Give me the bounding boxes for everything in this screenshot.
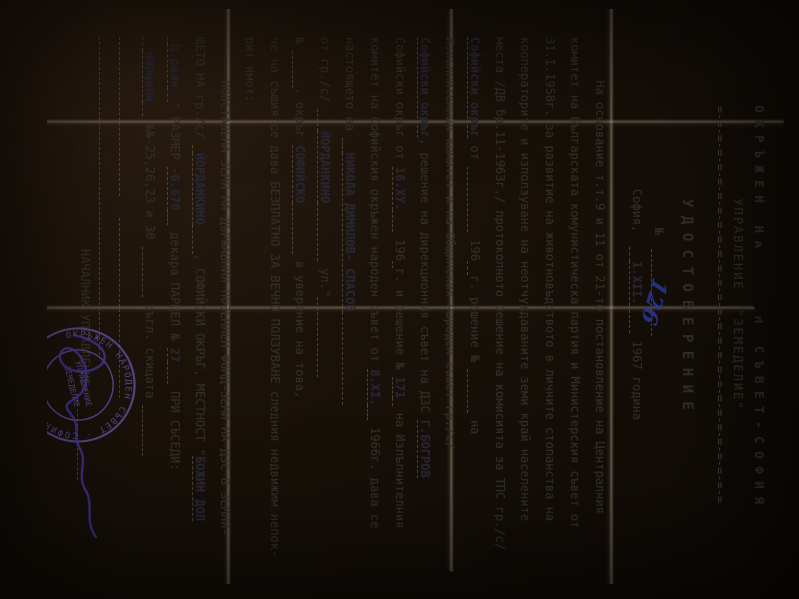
typed-text: , окръг xyxy=(293,88,307,146)
doc-line: настоящето на НИКОЛА ДИМИЛОВ- СПАСОВ xyxy=(337,37,362,572)
typed-text: ул." xyxy=(318,261,332,297)
doc-line: парцели №№-25,26,23 и 30 съгл. скицата xyxy=(137,37,162,572)
doc-lines: О К Р Ъ Ж Е Н Н А Р О Д Е Н С Ъ В Е Т - … xyxy=(47,9,784,584)
doc-line: У Д О С Т О В Е Р Е Н И Е xyxy=(674,37,700,572)
typed-text: ПРИ СЪСЕДИ: xyxy=(168,384,182,471)
typed-text: 1967 година xyxy=(630,333,644,420)
blank-line xyxy=(119,37,134,196)
typed-fill-value: 27 xyxy=(167,348,182,362)
typed-text: рит имот: xyxy=(243,37,257,102)
typed-text: Софийски окръг от xyxy=(393,37,407,167)
blank-line xyxy=(342,138,357,152)
blank-line xyxy=(167,88,182,102)
typed-text: УПРАВЛЕНИЕ "ЗЕМЕДЕЛИЕ" xyxy=(731,198,745,410)
typed-fill-value: Г.БОГРОВ xyxy=(417,420,432,478)
doc-line: Софийски окръг, решение на дирекционния … xyxy=(412,37,437,572)
typed-fill-value: Ц.раян xyxy=(167,44,182,87)
blank-line xyxy=(317,297,332,376)
typed-text: София, xyxy=(630,189,644,247)
doc-line: от гр./с/ ЙОРДАНКИНО ул." xyxy=(312,37,337,572)
blank-line xyxy=(467,261,482,275)
typed-fill-value: 16.ХУ. xyxy=(392,167,407,210)
blank-line xyxy=(192,225,207,254)
typed-text: на xyxy=(468,413,482,435)
typed-text: места /ДВ бр.11-1963г./ протоколното реш… xyxy=(493,37,507,550)
doc-line: ПООСТАВЕНА ЗЕМЯ НА ДЪРЖАВНИЯ ПОЗЕМЛЕН ФО… xyxy=(212,37,237,572)
blank-line xyxy=(392,210,407,232)
typed-text: настоящето на xyxy=(343,37,357,138)
doc-line: На основание т.т.9 и 11 от 21-то постано… xyxy=(587,37,612,572)
blank-line xyxy=(292,203,307,254)
signature-stroke xyxy=(60,335,105,537)
blank-line xyxy=(467,167,482,232)
typed-fill-value: ЙОРДАНКИНО xyxy=(317,131,332,203)
document-paper: О К Р Ъ Ж Е Н Н А Р О Д Е Н С Ъ В Е Т - … xyxy=(47,9,784,584)
blank-line xyxy=(317,203,332,261)
blank-line xyxy=(367,405,382,419)
blank-line xyxy=(167,362,182,384)
doc-line: места /ДВ бр.11-1963г./ протоколното реш… xyxy=(487,37,512,572)
blank-line xyxy=(392,398,407,405)
typed-text: 31.I.1958г. за развитие на животновъдств… xyxy=(543,37,557,521)
blank-line xyxy=(317,109,332,131)
doc-line: комитет на Българската комунистическа па… xyxy=(562,37,587,572)
typed-text: ПООСТАВЕНА ЗЕМЯ НА ДЪРЖАВНИЯ ПОЗЕМЛЕН ФО… xyxy=(218,37,232,536)
blank-line xyxy=(629,247,644,261)
typed-text: " РАЗМЕР xyxy=(168,102,182,167)
typed-text: , решение на дирекционния съвет на ДЗС xyxy=(418,138,432,420)
blank-line xyxy=(167,210,182,224)
typed-text: на Изпълнителния xyxy=(393,406,407,529)
typed-text: 196 xyxy=(468,232,482,261)
blank-line xyxy=(467,369,482,412)
typed-text: О К Р Ъ Ж Е Н Н А Р О Д Е Н С Ъ В Е Т - … xyxy=(752,105,767,504)
doc-line: Ц.раян " РАЗМЕР -0.670 декара ПАРЦЕЛ № 2… xyxy=(162,37,187,572)
typed-text: г. решение № xyxy=(468,275,482,369)
doc-line: Изпълнителния комитет и на Общинския нар… xyxy=(437,37,462,572)
typed-fill-value: -0.670 xyxy=(167,167,182,210)
typed-fill-value: 171 xyxy=(392,377,407,399)
doc-line: 31.I.1958г. за развитие на животновъдств… xyxy=(537,37,562,572)
typed-fill-value: ЙОРДАНКИНО xyxy=(192,153,207,225)
typed-text: У Д О С Т О В Е Р Е Н И Е xyxy=(679,199,695,410)
photo-background: О К Р Ъ Ж Е Н Н А Р О Д Е Н С Ъ В Е Т - … xyxy=(0,0,799,599)
typed-text: кооператорите и използуване на неотчужда… xyxy=(518,37,532,521)
typed-text xyxy=(120,196,134,218)
doc-line: =-=-=-=-=-=-=-=-=-=-=-=-=-=-=-=-=-=-=-=-… xyxy=(712,37,728,572)
typed-text: от xyxy=(468,138,482,167)
typed-text: , СОФИЙСКИ ОКРЪГ, МЕСТНОСТ " xyxy=(193,254,207,456)
typed-text: че на същия се дава БЕЗПЛАТНО ЗА ВЕЧНО П… xyxy=(268,37,282,557)
typed-fill-value: БОЖИН ДОЛ xyxy=(192,456,207,521)
doc-line: УПРАВЛЕНИЕ "ЗЕМЕДЕЛИЕ" xyxy=(728,37,748,572)
blank-line xyxy=(342,312,357,406)
typed-text: 196 xyxy=(393,232,407,261)
typed-text: от гр./с/ xyxy=(318,37,332,109)
typed-text: Изпълнителния комитет и на Общинския нар… xyxy=(443,37,457,449)
doc-line: Софийски окръг от 196 г. решение № на xyxy=(462,37,487,572)
typed-text: комитет на Софийския окръжен народен съв… xyxy=(368,37,382,369)
typed-text: комитет на Българската комунистическа па… xyxy=(568,37,582,528)
signature-icon xyxy=(44,317,122,549)
typed-text: декара ПАРЦЕЛ № xyxy=(168,225,182,348)
typed-text: № xyxy=(293,37,307,51)
typed-text: №№-25,26,23 и 30 xyxy=(143,116,157,246)
typed-fill-value: 8.XI. xyxy=(367,369,382,405)
blank-line xyxy=(142,102,157,116)
doc-line: Софийски окръг от 16.ХУ. 196 г. и решени… xyxy=(387,37,412,572)
doc-line: че на същия се дава БЕЗПЛАТНО ЗА ВЕЧНО П… xyxy=(262,37,287,572)
typed-text: ЩЕТО НА гр./с/ xyxy=(193,37,207,145)
typed-fill-value: парцели xyxy=(142,51,157,102)
typed-text: На основание т.т.9 и 11 от 21-то постано… xyxy=(593,37,607,514)
blank-line xyxy=(142,37,157,51)
typed-text: =-=-=-=-=-=-=-=-=-=-=-=-=-=-=-=-=-=-=-=-… xyxy=(713,106,727,503)
typed-fill-value: СОФИЙСКО xyxy=(292,145,307,203)
doc-line: комитет на Софийския окръжен народен съв… xyxy=(362,37,387,572)
typed-text: 1966г. дава се xyxy=(368,420,382,528)
doc-line: О К Р Ъ Ж Е Н Н А Р О Д Е Н С Ъ В Е Т - … xyxy=(748,37,770,572)
doc-line: № 126 xyxy=(649,37,674,572)
typed-fill-value: НИКОЛА ДИМИЛОВ- СПАСОВ xyxy=(342,153,357,312)
typed-text: в уверение на това, xyxy=(293,254,307,399)
blank-line xyxy=(192,145,207,152)
typed-fill-value: Софийски окръг xyxy=(417,37,432,138)
doc-line: № , окръг СОФИЙСКО в уверение на това, xyxy=(287,37,312,572)
doc-line: рит имот: xyxy=(237,37,262,572)
doc-line: кооператорите и използуване на неотчужда… xyxy=(512,37,537,572)
typed-text: № xyxy=(652,227,666,249)
blank-line xyxy=(292,51,307,87)
typed-fill-value: Софийски окръг xyxy=(467,37,482,138)
doc-line: ЩЕТО НА гр./с/ ЙОРДАНКИНО , СОФИЙСКИ ОКР… xyxy=(187,37,212,572)
typed-text: г. и решение № xyxy=(393,268,407,376)
blank-line xyxy=(142,247,157,298)
